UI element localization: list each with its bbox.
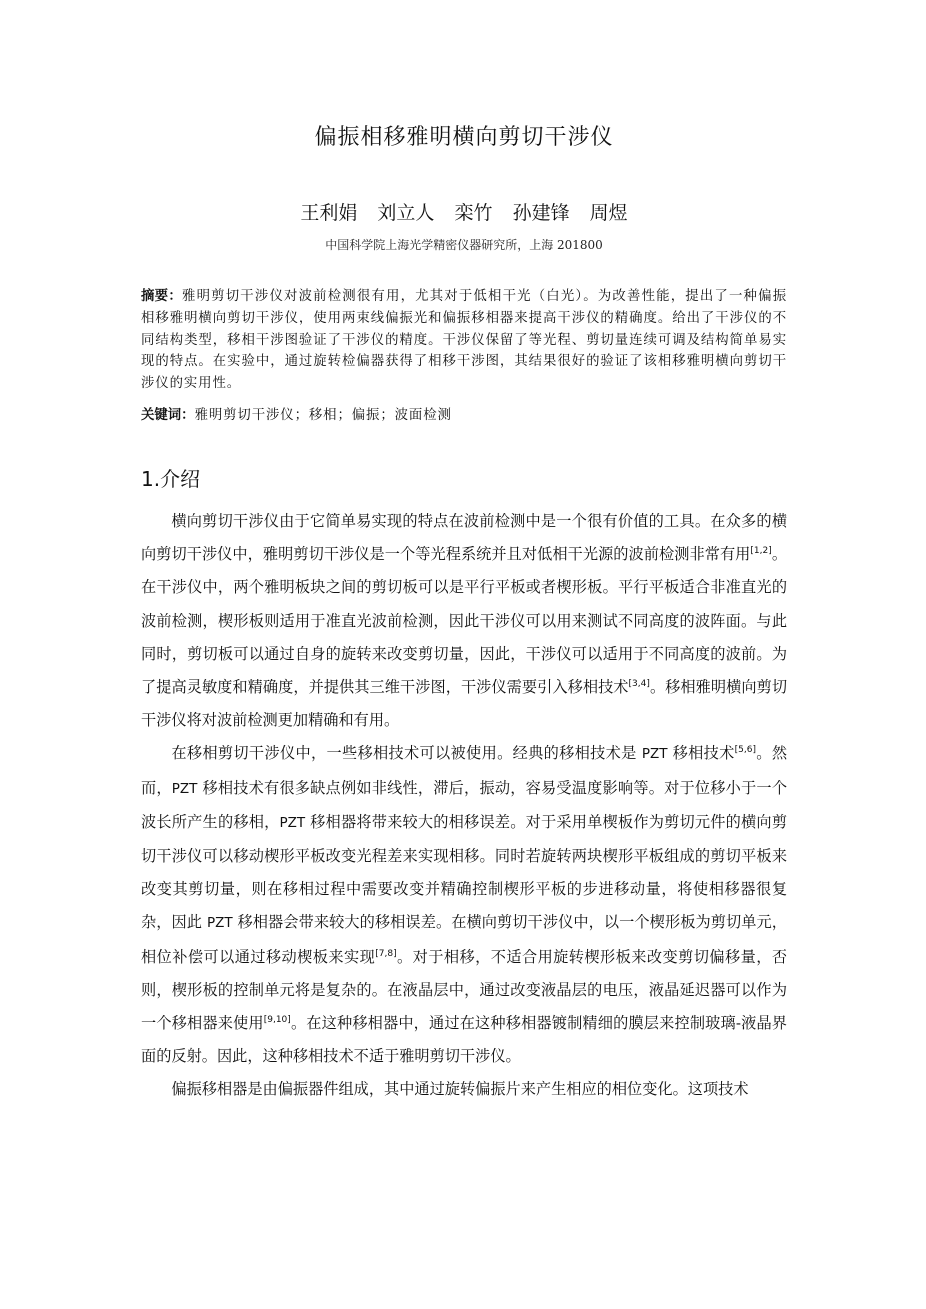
paragraph-text: 移相技术: [667, 744, 734, 762]
citation: [7,8]: [375, 949, 396, 959]
keywords: 关键词：雅明剪切干涉仪；移相；偏振；波面检测: [141, 405, 787, 427]
term-pzt: PZT: [172, 781, 198, 797]
keywords-text: 雅明剪切干涉仪；移相；偏振；波面检测: [195, 408, 452, 423]
paper-title: 偏振相移雅明横向剪切干涉仪: [141, 120, 787, 151]
paragraph-2: 在移相剪切干涉仪中，一些移相技术可以被使用。经典的移相技术是 PZT 移相技术[…: [141, 737, 787, 1073]
paragraph-text: 偏振移相器是由偏振器件组成，其中通过旋转偏振片来产生相应的相位变化。这项技术: [171, 1080, 748, 1098]
paragraph-text: 横向剪切干涉仪由于它简单易实现的特点在波前检测中是一个很有价值的工具。在众多的横…: [141, 512, 787, 563]
paragraph-text: 。在干涉仪中，两个雅明板块之间的剪切板可以是平行平板或者楔形板。平行平板适合非准…: [141, 545, 787, 696]
affiliation: 中国科学院上海光学精密仪器研究所，上海 201800: [141, 236, 787, 253]
term-pzt: PZT: [280, 815, 306, 831]
section-heading-introduction: 1.介绍: [141, 463, 200, 492]
keywords-label: 关键词：: [141, 408, 195, 423]
abstract-text: 雅明剪切干涉仪对波前检测很有用，尤其对于低相干光（白光）。为改善性能，提出了一种…: [141, 289, 787, 391]
author-list: 王利娟 刘立人 栾竹 孙建锋 周煜: [141, 198, 787, 225]
paragraph-text: 在移相剪切干涉仪中，一些移相技术可以被使用。经典的移相技术是: [171, 744, 641, 762]
citation: [1,2]: [750, 546, 771, 556]
citation: [9,10]: [264, 1015, 291, 1025]
citation: [5,6]: [735, 745, 756, 755]
term-pzt: PZT: [207, 915, 233, 931]
citation: [3,4]: [629, 679, 650, 689]
paragraph-3: 偏振移相器是由偏振器件组成，其中通过旋转偏振片来产生相应的相位变化。这项技术: [141, 1073, 787, 1106]
abstract-label: 摘要：: [141, 289, 182, 304]
section-body: 横向剪切干涉仪由于它简单易实现的特点在波前检测中是一个很有价值的工具。在众多的横…: [141, 505, 787, 1107]
paragraph-1: 横向剪切干涉仪由于它简单易实现的特点在波前检测中是一个很有价值的工具。在众多的横…: [141, 505, 787, 737]
term-pzt: PZT: [642, 746, 668, 762]
abstract: 摘要：雅明剪切干涉仪对波前检测很有用，尤其对于低相干光（白光）。为改善性能，提出…: [141, 286, 787, 395]
